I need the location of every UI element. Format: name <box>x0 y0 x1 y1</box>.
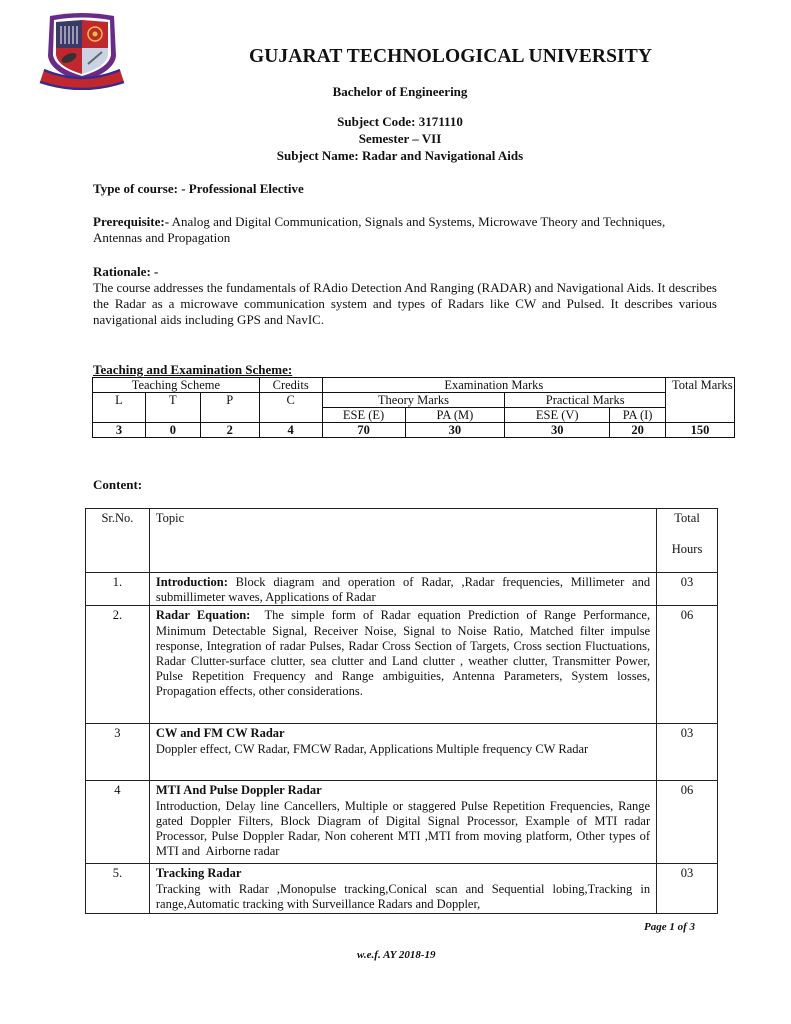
value-total: 150 <box>666 423 735 438</box>
content-header-row: Sr.No. Topic Total Hours <box>86 509 718 573</box>
value-pa-i: 20 <box>610 423 666 438</box>
table-row: 5. Tracking RadarTracking with Radar ,Mo… <box>86 864 718 914</box>
scheme-title: Teaching and Examination Scheme: <box>93 362 723 378</box>
credits-header: Credits <box>259 378 322 393</box>
header-topic: Topic <box>149 509 656 573</box>
row-sr: 4 <box>86 781 150 864</box>
rationale-label: Rationale: - <box>93 264 723 280</box>
col-c: C <box>259 393 322 423</box>
row-sr: 5. <box>86 864 150 914</box>
value-ese-v: 30 <box>505 423 610 438</box>
examination-marks-header: Examination Marks <box>322 378 665 393</box>
header-hours-line1: Total <box>657 511 717 526</box>
scheme-table: Teaching Scheme Credits Examination Mark… <box>92 377 735 438</box>
content-table: Sr.No. Topic Total Hours 1. Introduction… <box>85 508 718 914</box>
col-p: P <box>200 393 259 423</box>
prerequisite: Prerequisite:- Analog and Digital Commun… <box>93 214 693 246</box>
theory-marks-header: Theory Marks <box>322 393 505 408</box>
header-sr-no: Sr.No. <box>86 509 150 573</box>
row-hours: 03 <box>657 864 718 914</box>
type-of-course: Type of course: - Professional Elective <box>93 181 723 197</box>
value-p: 2 <box>200 423 259 438</box>
topic-title: Tracking Radar <box>156 866 650 881</box>
row-hours: 06 <box>657 606 718 724</box>
row-sr: 3 <box>86 724 150 781</box>
row-topic: Radar Equation: The simple form of Radar… <box>149 606 656 724</box>
topic-title: Introduction: <box>156 575 228 589</box>
teaching-scheme-header: Teaching Scheme <box>93 378 260 393</box>
row-sr: 1. <box>86 573 150 606</box>
col-ese-v: ESE (V) <box>505 408 610 423</box>
topic-title: CW and FM CW Radar <box>156 726 650 741</box>
row-topic: CW and FM CW RadarDoppler effect, CW Rad… <box>149 724 656 781</box>
col-pa-m: PA (M) <box>405 408 505 423</box>
semester: Semester – VII <box>200 131 600 147</box>
rationale-text: The course addresses the fundamentals of… <box>93 280 717 328</box>
subject-name: Subject Name: Radar and Navigational Aid… <box>150 148 650 164</box>
row-hours: 03 <box>657 724 718 781</box>
row-hours: 06 <box>657 781 718 864</box>
value-t: 0 <box>145 423 200 438</box>
subject-code: Subject Code: 3171110 <box>200 114 600 130</box>
col-t: T <box>145 393 200 423</box>
topic-text: Block diagram and operation of Radar, ,R… <box>156 575 650 604</box>
table-row: 4 MTI And Pulse Doppler RadarIntroductio… <box>86 781 718 864</box>
col-ese-e: ESE (E) <box>322 408 405 423</box>
effective-year: w.e.f. AY 2018-19 <box>357 949 436 961</box>
university-name: GUJARAT TECHNOLOGICAL UNIVERSITY <box>0 46 791 68</box>
header-hours: Total Hours <box>657 509 718 573</box>
total-marks-header: Total Marks <box>666 378 735 423</box>
program-name: Bachelor of Engineering <box>200 84 600 100</box>
col-pa-i: PA (I) <box>610 408 666 423</box>
prerequisite-label: Prerequisite:- <box>93 214 169 229</box>
topic-text: Introduction, Delay line Cancellers, Mul… <box>156 799 650 860</box>
value-c: 4 <box>259 423 322 438</box>
topic-title: MTI And Pulse Doppler Radar <box>156 783 650 798</box>
row-hours: 03 <box>657 573 718 606</box>
value-l: 3 <box>93 423 146 438</box>
page-number: Page 1 of 3 <box>644 921 695 933</box>
table-row: 3 CW and FM CW RadarDoppler effect, CW R… <box>86 724 718 781</box>
row-topic: MTI And Pulse Doppler RadarIntroduction,… <box>149 781 656 864</box>
table-row: 2. Radar Equation: The simple form of Ra… <box>86 606 718 724</box>
value-ese-e: 70 <box>322 423 405 438</box>
topic-text: Tracking with Radar ,Monopulse tracking,… <box>156 882 650 912</box>
content-title: Content: <box>93 477 723 493</box>
topic-text: Doppler effect, CW Radar, FMCW Radar, Ap… <box>156 742 650 757</box>
header-hours-line2: Hours <box>657 542 717 557</box>
prerequisite-text: Analog and Digital Communication, Signal… <box>93 214 665 245</box>
practical-marks-header: Practical Marks <box>505 393 666 408</box>
topic-title: Radar Equation: <box>156 608 250 622</box>
table-row: 1. Introduction: Block diagram and opera… <box>86 573 718 606</box>
row-topic: Introduction: Block diagram and operatio… <box>149 573 656 606</box>
value-pa-m: 30 <box>405 423 505 438</box>
col-l: L <box>93 393 146 423</box>
row-topic: Tracking RadarTracking with Radar ,Monop… <box>149 864 656 914</box>
row-sr: 2. <box>86 606 150 724</box>
